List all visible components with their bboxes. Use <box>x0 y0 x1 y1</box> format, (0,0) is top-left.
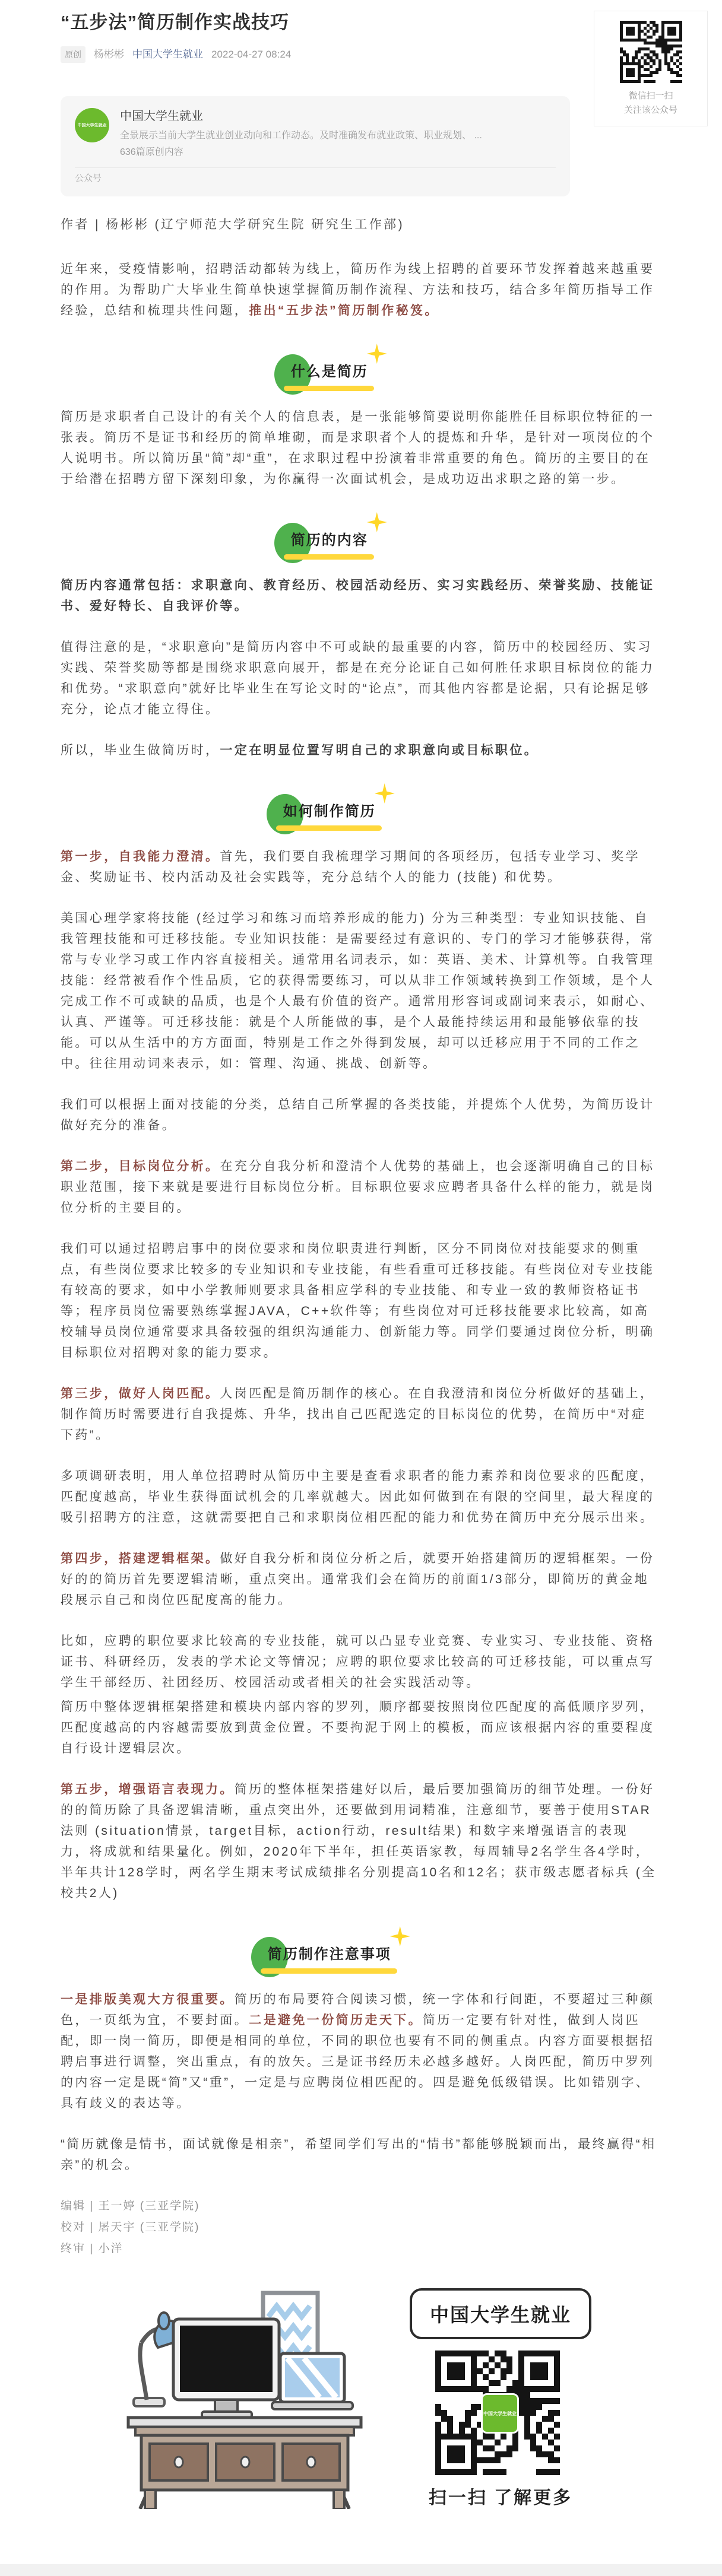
text-segment: 简历是求职者自己设计的有关个人的信息表，是一张能够简要说明你能胜任目标职位特征的… <box>61 410 654 486</box>
text-segment: 推出“五步法”简历制作秘笈。 <box>249 304 439 317</box>
section-heading: 简历制作注意事项 <box>61 1935 585 1975</box>
paragraph: 简历中整体逻辑框架搭建和模块内部内容的罗列，顺序都要按照岗位匹配度的高低顺序罗列… <box>61 1697 657 1759</box>
text-segment: 第一步，自我能力澄清。 <box>61 850 220 863</box>
paragraph: 美国心理学家将技能 (经过学习和练习而培养形成的能力) 分为三种类型：专业知识技… <box>61 908 657 1074</box>
text-segment: 第二步，目标岗位分析。 <box>61 1160 220 1173</box>
paragraph: 简历是求职者自己设计的有关个人的信息表，是一张能够简要说明你能胜任目标职位特征的… <box>61 406 657 490</box>
text-segment: 第三步，做好人岗匹配。 <box>61 1387 220 1400</box>
credit-line: 编辑 | 王一婷 (三亚学院) <box>61 2196 657 2217</box>
text-segment: 第五步，增强语言表现力。 <box>61 1783 235 1796</box>
text-segment: 所以，毕业生做简历时， <box>61 744 220 757</box>
paragraph: 第一步，自我能力澄清。首先，我们要自我梳理学习期间的各项经历，包括专业学习、奖学… <box>61 846 657 888</box>
sparkle-icon <box>390 1926 410 1946</box>
account-name[interactable]: 中国大学生就业 <box>120 108 482 125</box>
text-segment: 比如，应聘的职位要求比较高的专业技能，就可以凸显专业竞赛、专业实习、专业技能、资… <box>61 1634 654 1689</box>
text-segment: 简历内容通常包括：求职意向、教育经历、校园活动经历、实习实践经历、荣誉奖励、技能… <box>61 579 654 613</box>
paragraph: 比如，应聘的职位要求比较高的专业技能，就可以凸显专业竞赛、专业实习、专业技能、资… <box>61 1631 657 1693</box>
yellow-underline-decoration <box>284 554 374 560</box>
page-bottom-strip <box>0 2564 722 2576</box>
paragraph: 第三步，做好人岗匹配。人岗匹配是简历制作的核心。在自我澄清和岗位分析做好的基础上… <box>61 1383 657 1446</box>
paragraph: 所以，毕业生做简历时，一定在明显位置写明自己的求职意向或目标职位。 <box>61 740 657 761</box>
qr-center-logo: 中国大学生就业 <box>481 2393 519 2434</box>
article-body: 作者 | 杨彬彬 (辽宁师范大学研究生院 研究生工作部) 近年来，受疫情影响，招… <box>61 214 657 2260</box>
section-title: 简历的内容 <box>291 532 368 548</box>
original-content-count: 636篇原创内容 <box>120 145 482 160</box>
section-heading: 如何制作简历 <box>61 792 585 832</box>
original-badge: 原创 <box>61 46 85 63</box>
article-blocks: 近年来，受疫情影响，招聘活动都转为线上，简历作为线上招聘的首要环节发挥着越来越重… <box>61 259 657 2260</box>
follow-account-hint: 关注该公众号 <box>594 103 707 117</box>
sparkle-icon <box>367 344 387 364</box>
paragraph: 一是排版美观大方很重要。简历的布局要符合阅读习惯，统一字体和行间距，不要超过三种… <box>61 1989 657 2114</box>
account-card[interactable]: 中国大学生就业 中国大学生就业 全景展示当前大学生就业创业动向和工作动态。及时准… <box>61 96 570 196</box>
paragraph: 多项调研表明，用人单位招聘时从简历中主要是查看求职者的能力素养和岗位要求的匹配度… <box>61 1466 657 1528</box>
paragraph: 值得注意的是，“求职意向”是简历内容中不可或缺的最重要的内容，简历中的校园经历、… <box>61 637 657 720</box>
text-segment: 我们可以通过招聘启事中的岗位要求和岗位职责进行判断，区分不同岗位对技能要求的侧重… <box>61 1242 654 1360</box>
paragraph: 我们可以通过招聘启事中的岗位要求和岗位职责进行判断，区分不同岗位对技能要求的侧重… <box>61 1238 657 1363</box>
publish-datetime: 2022-04-27 08:24 <box>211 47 291 62</box>
author-name: 杨彬彬 <box>94 47 124 62</box>
text-segment: 美国心理学家将技能 (经过学习和练习而培养形成的能力) 分为三种类型：专业知识技… <box>61 911 654 1071</box>
sparkle-icon <box>375 783 395 803</box>
section-title: 什么是简历 <box>291 364 368 380</box>
text-segment: 简历一定要有针对性，做到人岗匹配，即一岗一简历，即便是相同的单位，不同的职位也要… <box>61 2013 654 2110</box>
account-link[interactable]: 中国大学生就业 <box>132 47 203 62</box>
paragraph: 第四步，搭建逻辑框架。做好自我分析和岗位分析之后，就要开始搭建简历的逻辑框架。一… <box>61 1548 657 1611</box>
paragraph: 我们可以根据上面对技能的分类，总结自己所掌握的各类技能，并提炼个人优势，为简历设… <box>61 1094 657 1136</box>
paragraph: “简历就像是情书，面试就像是相亲”，希望同学们写出的“情书”都能够脱颖而出，最终… <box>61 2134 657 2175</box>
text-segment: 一定在明显位置写明自己的求职意向或目标职位。 <box>220 744 539 757</box>
text-segment: “简历就像是情书，面试就像是相亲”，希望同学们写出的“情书”都能够脱颖而出，最终… <box>61 2137 657 2172</box>
text-segment: 我们可以根据上面对技能的分类，总结自己所掌握的各类技能，并提炼个人优势，为简历设… <box>61 1098 654 1132</box>
follow-qr-panel: 微信扫一扫 关注该公众号 <box>594 11 708 126</box>
footer-illustration: 中国大学生就业 中国大学生就业 扫一扫 了解更多 <box>0 2288 722 2509</box>
paragraph: 第五步，增强语言表现力。简历的整体框架搭建好以后，最后要加强简历的细节处理。一份… <box>61 1779 657 1904</box>
section-title: 如何制作简历 <box>283 803 376 820</box>
account-avatar[interactable]: 中国大学生就业 <box>75 108 109 142</box>
credit-line: 终审 | 小洋 <box>61 2238 657 2260</box>
text-segment: 一是排版美观大方很重要。 <box>61 1993 235 2006</box>
section-heading: 简历的内容 <box>61 520 585 561</box>
credit-line: 校对 | 屠天宇 (三亚学院) <box>61 2217 657 2238</box>
text-segment: 多项调研表明，用人单位招聘时从简历中主要是查看求职者的能力素养和岗位要求的匹配度… <box>61 1469 654 1524</box>
author-credit-line: 作者 | 杨彬彬 (辽宁师范大学研究生院 研究生工作部) <box>61 214 657 235</box>
text-segment: 简历的整体框架搭建好以后，最后要加强简历的细节处理。一份好的的简历除了具备逻辑清… <box>61 1783 657 1900</box>
text-segment: 二是避免一份简历走天下。 <box>249 2013 423 2027</box>
article-page: 微信扫一扫 关注该公众号 “五步法”简历制作实战技巧 原创 杨彬彬 中国大学生就… <box>0 0 722 2576</box>
follow-qr-code-image <box>620 21 682 83</box>
text-segment: 值得注意的是，“求职意向”是简历内容中不可或缺的最重要的内容，简历中的校园经历、… <box>61 640 654 716</box>
yellow-underline-decoration <box>276 825 382 831</box>
paragraph: 近年来，受疫情影响，招聘活动都转为线上，简历作为线上招聘的首要环节发挥着越来越重… <box>61 259 657 321</box>
section-heading: 什么是简历 <box>61 352 585 392</box>
sparkle-icon <box>367 512 387 532</box>
yellow-underline-decoration <box>261 1968 397 1974</box>
account-description: 全景展示当前大学生就业创业动向和工作动态。及时准确发布就业政策、职业规划、 ..… <box>120 128 482 144</box>
yellow-underline-decoration <box>284 386 374 391</box>
text-segment: 简历中整体逻辑框架搭建和模块内部内容的罗列，顺序都要按照岗位匹配度的高低顺序罗列… <box>61 1700 654 1755</box>
paragraph: 第二步，目标岗位分析。在充分自我分析和澄清个人优势的基础上，也会逐渐明确自己的目… <box>61 1156 657 1218</box>
account-type-label: 公众号 <box>75 168 556 189</box>
desk-scene-illustration <box>0 2288 722 2509</box>
scan-more-caption: 扫一扫 了解更多 <box>410 2483 591 2509</box>
footer-account-bubble: 中国大学生就业 <box>410 2288 591 2339</box>
text-segment: 第四步，搭建逻辑框架。 <box>61 1552 220 1565</box>
section-title: 简历制作注意事项 <box>268 1946 391 1962</box>
paragraph: 简历内容通常包括：求职意向、教育经历、校园活动经历、实习实践经历、荣誉奖励、技能… <box>61 575 657 617</box>
wechat-scan-hint: 微信扫一扫 <box>594 89 707 103</box>
footer-qr-code: 中国大学生就业 <box>435 2351 560 2475</box>
